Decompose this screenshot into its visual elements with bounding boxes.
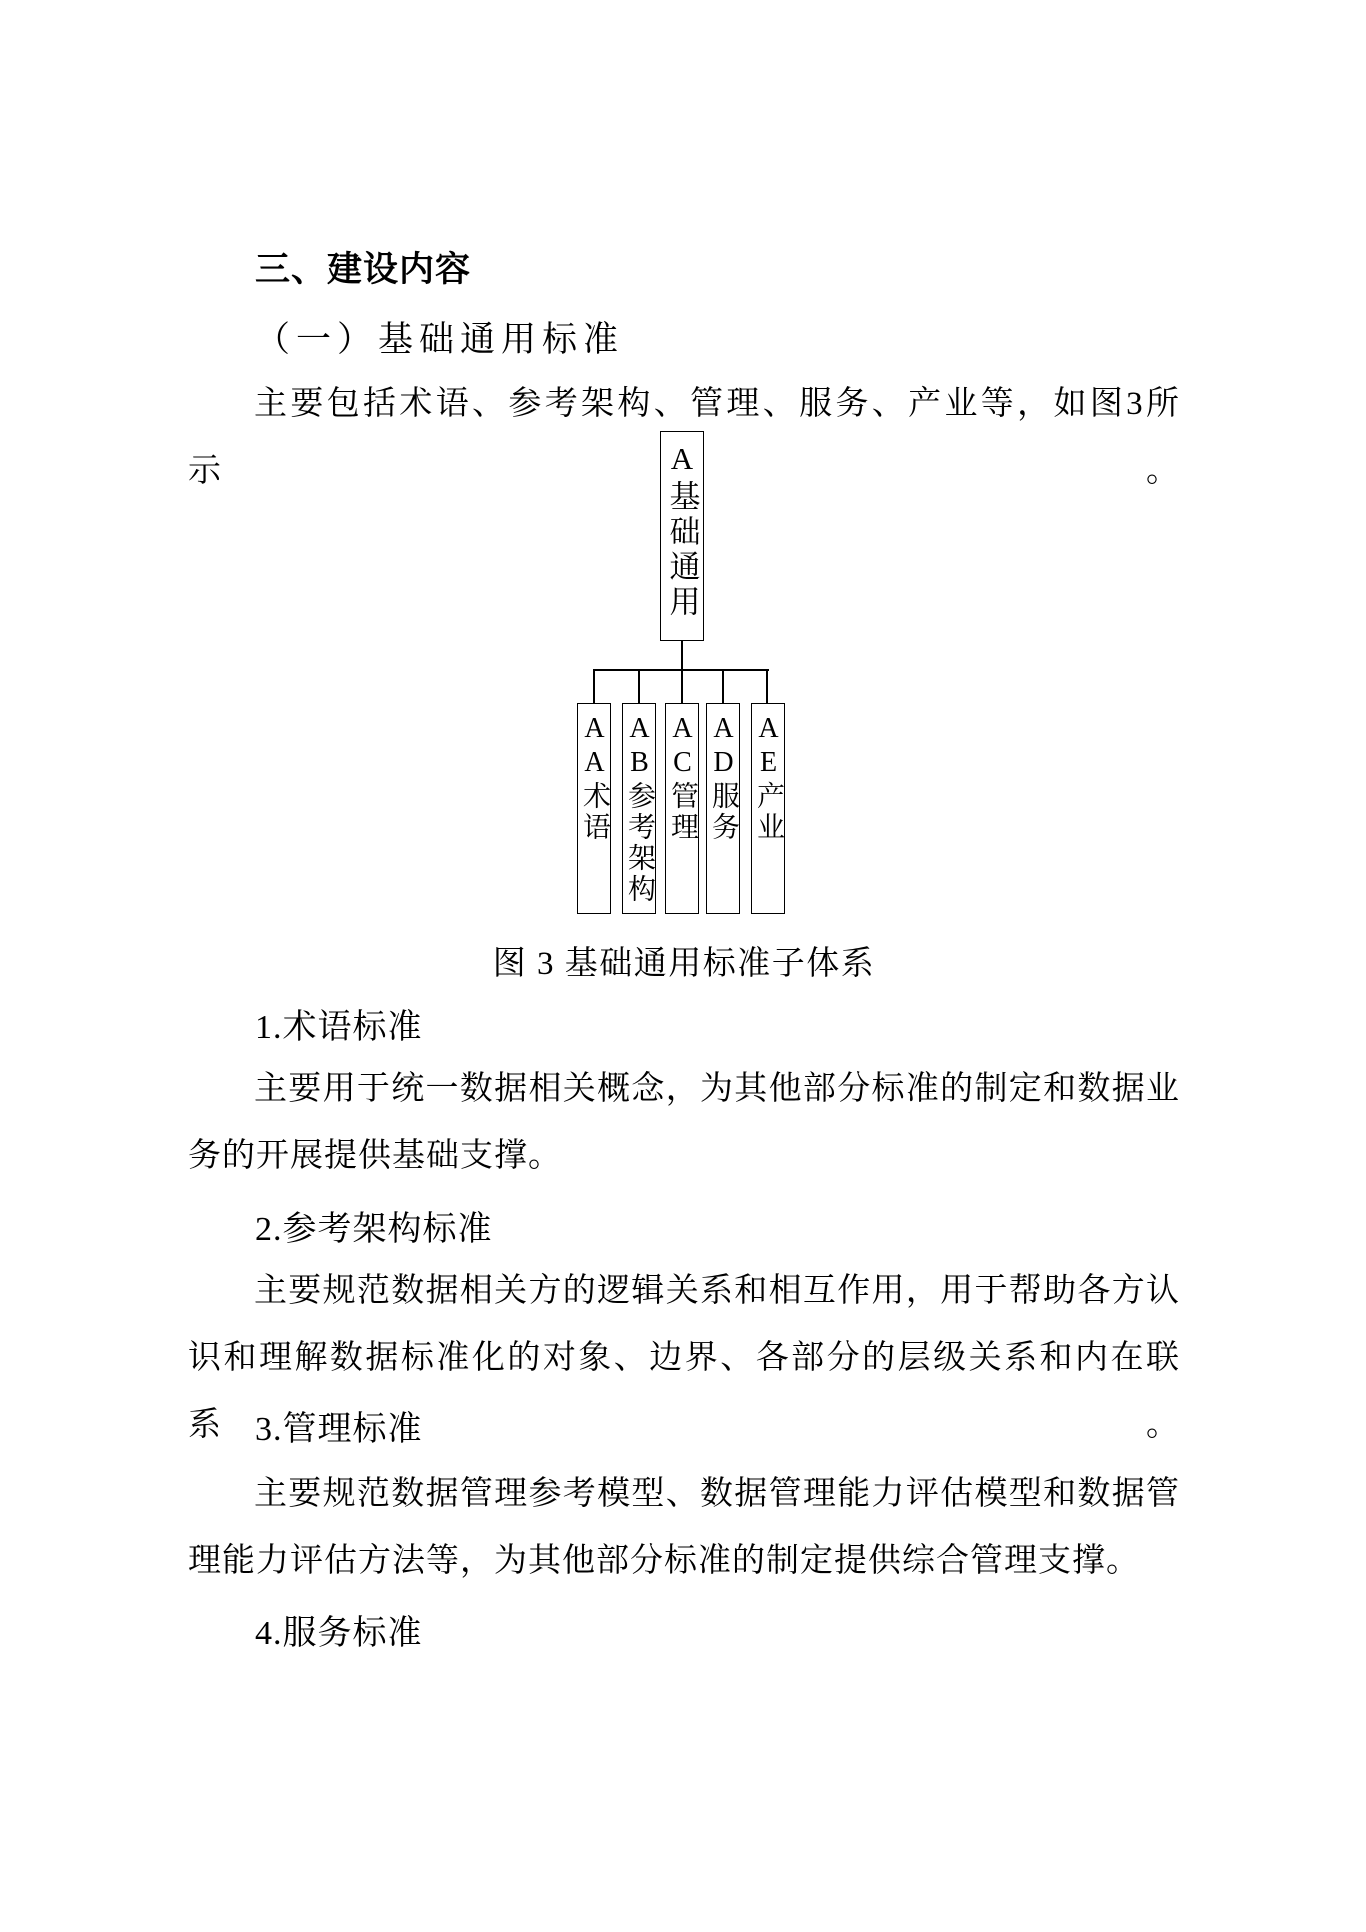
figure-caption: 图 3 基础通用标准子体系 (188, 945, 1180, 983)
section-heading-3: 3.管理标准 (255, 1411, 423, 1449)
connector-drop-line (638, 671, 640, 704)
paragraph-line: 主要规范数据管理参考模型、数据管理能力评估模型和数据管 (188, 1461, 1180, 1528)
connector-stem-line (681, 641, 683, 671)
org-chart-child-box-ab: AB参考架构 (622, 703, 656, 914)
org-chart-child-label: AD服务 (703, 713, 743, 843)
section-heading-4: 4.服务标准 (255, 1615, 423, 1653)
connector-drop-line (681, 671, 683, 704)
paragraph-line: 主要规范数据相关方的逻辑关系和相互作用，用于帮助各方认 (188, 1258, 1180, 1325)
paragraph-line: 主要用于统一数据相关概念，为其他部分标准的制定和数据业 (188, 1056, 1180, 1123)
section-heading-1: 1.术语标准 (255, 1009, 423, 1047)
document-page: 三、建设内容 （一）基础通用标准 主要包括术语、参考架构、管理、服务、产业等，如… (0, 0, 1366, 1932)
section-heading-2: 2.参考架构标准 (255, 1211, 493, 1249)
org-chart-child-label: AE产业 (748, 713, 788, 843)
paragraph-management: 主要规范数据管理参考模型、数据管理能力评估模型和数据管 理能力评估方法等，为其他… (188, 1461, 1180, 1595)
org-chart-root-box: A基础通用 (660, 431, 704, 641)
connector-drop-line (722, 671, 724, 704)
paragraph-line: 务的开展提供基础支撑。 (188, 1123, 1180, 1190)
connector-drop-line (593, 671, 595, 704)
org-chart-child-label: AA术语 (574, 713, 614, 843)
paragraph-terminology: 主要用于统一数据相关概念，为其他部分标准的制定和数据业 务的开展提供基础支撑。 (188, 1056, 1180, 1190)
org-chart-child-label: AB参考架构 (619, 713, 659, 905)
heading-level-1: 三、建设内容 (255, 251, 471, 289)
connector-drop-line (766, 671, 768, 704)
org-chart-child-box-ac: AC管理 (665, 703, 699, 914)
org-chart-child-box-ae: AE产业 (751, 703, 785, 914)
org-chart-child-label: AC管理 (662, 713, 702, 843)
org-chart-child-box-aa: AA术语 (577, 703, 611, 914)
paragraph-line: 理能力评估方法等，为其他部分标准的制定提供综合管理支撑。 (188, 1528, 1180, 1595)
org-chart-root-label: A基础通用 (660, 441, 705, 620)
heading-level-2: （一）基础通用标准 (255, 320, 624, 360)
org-chart-child-box-ad: AD服务 (706, 703, 740, 914)
